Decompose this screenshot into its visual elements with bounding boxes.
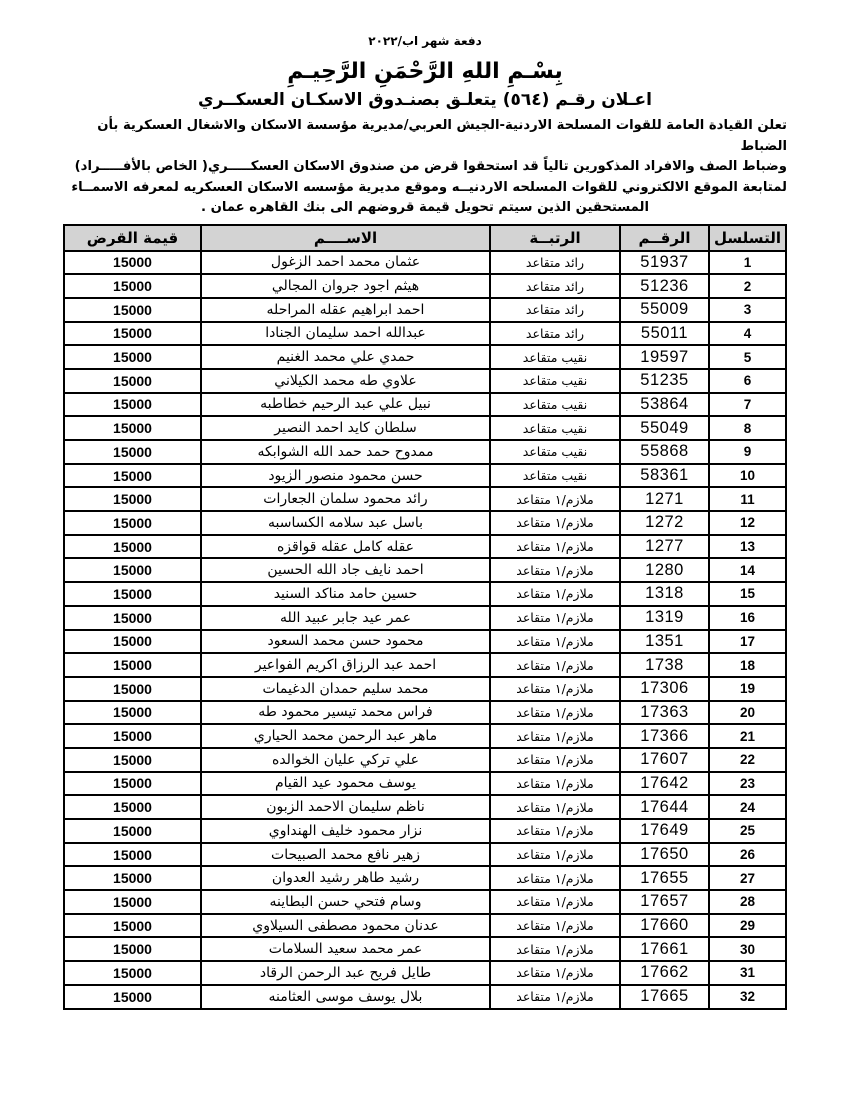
- number-cell: 51937: [620, 251, 709, 275]
- serial-cell: 14: [709, 558, 786, 582]
- serial-cell: 5: [709, 345, 786, 369]
- rank-cell: رائد متقاعد: [490, 251, 620, 275]
- rank-cell: ملازم/١ متقاعد: [490, 866, 620, 890]
- rank-cell: رائد متقاعد: [490, 322, 620, 346]
- number-cell: 58361: [620, 464, 709, 488]
- serial-cell: 6: [709, 369, 786, 393]
- serial-cell: 4: [709, 322, 786, 346]
- rank-cell: ملازم/١ متقاعد: [490, 961, 620, 985]
- serial-cell: 11: [709, 487, 786, 511]
- table-row: 151937رائد متقاعدعثمان محمد احمد الزغول1…: [64, 251, 786, 275]
- number-cell: 51236: [620, 274, 709, 298]
- rank-cell: نقيب متقاعد: [490, 369, 620, 393]
- name-cell: احمد ابراهيم عقله المراحله: [201, 298, 490, 322]
- table-row: 2117366ملازم/١ متقاعدماهر عبد الرحمن محم…: [64, 724, 786, 748]
- number-cell: 1277: [620, 535, 709, 559]
- number-cell: 55011: [620, 322, 709, 346]
- rank-cell: نقيب متقاعد: [490, 416, 620, 440]
- column-header-serial: التسلسل: [709, 225, 786, 251]
- serial-cell: 20: [709, 701, 786, 725]
- number-cell: 1351: [620, 630, 709, 654]
- name-cell: عقله كامل عقله قواقزه: [201, 535, 490, 559]
- name-cell: حسن محمود منصور الزيود: [201, 464, 490, 488]
- number-cell: 55868: [620, 440, 709, 464]
- loan-cell: 15000: [64, 843, 201, 867]
- rank-cell: ملازم/١ متقاعد: [490, 985, 620, 1009]
- paragraph-line-1: تعلن القيادة العامة للقوات المسلحة الارد…: [63, 116, 787, 157]
- serial-cell: 8: [709, 416, 786, 440]
- table-row: 171351ملازم/١ متقاعدمحمود حسن محمد السعو…: [64, 630, 786, 654]
- number-cell: 19597: [620, 345, 709, 369]
- rank-cell: رائد متقاعد: [490, 274, 620, 298]
- name-cell: محمود حسن محمد السعود: [201, 630, 490, 654]
- batch-label: دفعة شهر اب/٢٠٢٢: [0, 34, 850, 48]
- table-row: 151318ملازم/١ متقاعدحسين حامد مناكد السن…: [64, 582, 786, 606]
- name-cell: نزار محمود خليف الهنداوي: [201, 819, 490, 843]
- loan-cell: 15000: [64, 274, 201, 298]
- column-header-number: الرقــم: [620, 225, 709, 251]
- loan-cell: 15000: [64, 795, 201, 819]
- serial-cell: 1: [709, 251, 786, 275]
- number-cell: 17655: [620, 866, 709, 890]
- announcement-paragraph: تعلن القيادة العامة للقوات المسلحة الارد…: [63, 116, 787, 219]
- column-header-name: الاســــم: [201, 225, 490, 251]
- table-row: 753864نقيب متقاعدنبيل علي عبد الرحيم خطا…: [64, 393, 786, 417]
- number-cell: 55049: [620, 416, 709, 440]
- table-row: 651235نقيب متقاعدعلاوي طه محمد الكيلاني1…: [64, 369, 786, 393]
- loan-cell: 15000: [64, 606, 201, 630]
- name-cell: عدنان محمود مصطفى السيلاوي: [201, 914, 490, 938]
- table-row: 3017661ملازم/١ متقاعدعمر محمد سعيد السلا…: [64, 937, 786, 961]
- number-cell: 17662: [620, 961, 709, 985]
- serial-cell: 12: [709, 511, 786, 535]
- loan-cell: 15000: [64, 369, 201, 393]
- table-row: 131277ملازم/١ متقاعدعقله كامل عقله قواقز…: [64, 535, 786, 559]
- loan-cell: 15000: [64, 724, 201, 748]
- rank-cell: ملازم/١ متقاعد: [490, 724, 620, 748]
- name-cell: عبدالله احمد سليمان الجنادا: [201, 322, 490, 346]
- document-page: دفعة شهر اب/٢٠٢٢ بِسْـمِ اللهِ الرَّحْمَ…: [0, 0, 850, 1100]
- loan-cell: 15000: [64, 866, 201, 890]
- number-cell: 1280: [620, 558, 709, 582]
- table-row: 2317642ملازم/١ متقاعديوسف محمود عيد القي…: [64, 772, 786, 796]
- number-cell: 17650: [620, 843, 709, 867]
- loan-cell: 15000: [64, 890, 201, 914]
- rank-cell: ملازم/١ متقاعد: [490, 914, 620, 938]
- loan-cell: 15000: [64, 677, 201, 701]
- table-row: 2917660ملازم/١ متقاعدعدنان محمود مصطفى ا…: [64, 914, 786, 938]
- name-cell: رشيد طاهر رشيد العدوان: [201, 866, 490, 890]
- table-row: 111271ملازم/١ متقاعدرائد محمود سلمان الج…: [64, 487, 786, 511]
- loan-cell: 15000: [64, 558, 201, 582]
- rank-cell: ملازم/١ متقاعد: [490, 937, 620, 961]
- loan-cell: 15000: [64, 440, 201, 464]
- serial-cell: 28: [709, 890, 786, 914]
- name-cell: عثمان محمد احمد الزغول: [201, 251, 490, 275]
- name-cell: نبيل علي عبد الرحيم خطاطبه: [201, 393, 490, 417]
- table-row: 2517649ملازم/١ متقاعدنزار محمود خليف اله…: [64, 819, 786, 843]
- table-row: 3117662ملازم/١ متقاعدطايل فريح عبد الرحم…: [64, 961, 786, 985]
- paragraph-line-2: وضباط الصف والافراد المذكورين تالياً قد …: [63, 157, 787, 178]
- rank-cell: ملازم/١ متقاعد: [490, 630, 620, 654]
- name-cell: عمر محمد سعيد السلامات: [201, 937, 490, 961]
- number-cell: 1271: [620, 487, 709, 511]
- number-cell: 17665: [620, 985, 709, 1009]
- rank-cell: ملازم/١ متقاعد: [490, 795, 620, 819]
- loan-cell: 15000: [64, 511, 201, 535]
- loan-cell: 15000: [64, 772, 201, 796]
- loan-cell: 15000: [64, 701, 201, 725]
- table-row: 2717655ملازم/١ متقاعدرشيد طاهر رشيد العد…: [64, 866, 786, 890]
- serial-cell: 24: [709, 795, 786, 819]
- rank-cell: ملازم/١ متقاعد: [490, 772, 620, 796]
- loan-cell: 15000: [64, 535, 201, 559]
- loan-cell: 15000: [64, 653, 201, 677]
- table-row: 181738ملازم/١ متقاعداحمد عبد الرزاق اكري…: [64, 653, 786, 677]
- serial-cell: 2: [709, 274, 786, 298]
- serial-cell: 26: [709, 843, 786, 867]
- serial-cell: 3: [709, 298, 786, 322]
- rank-cell: نقيب متقاعد: [490, 393, 620, 417]
- rank-cell: ملازم/١ متقاعد: [490, 487, 620, 511]
- number-cell: 1272: [620, 511, 709, 535]
- name-cell: حسين حامد مناكد السنيد: [201, 582, 490, 606]
- table-row: 2017363ملازم/١ متقاعدفراس محمد تيسير محم…: [64, 701, 786, 725]
- name-cell: ناظم سليمان الاحمد الزبون: [201, 795, 490, 819]
- loan-cell: 15000: [64, 630, 201, 654]
- rank-cell: ملازم/١ متقاعد: [490, 890, 620, 914]
- table-row: 2217607ملازم/١ متقاعدعلي تركي عليان الخو…: [64, 748, 786, 772]
- serial-cell: 21: [709, 724, 786, 748]
- number-cell: 51235: [620, 369, 709, 393]
- serial-cell: 23: [709, 772, 786, 796]
- name-cell: محمد سليم حمدان الدغيمات: [201, 677, 490, 701]
- rank-cell: ملازم/١ متقاعد: [490, 558, 620, 582]
- serial-cell: 13: [709, 535, 786, 559]
- loan-cell: 15000: [64, 298, 201, 322]
- rank-cell: نقيب متقاعد: [490, 345, 620, 369]
- rank-cell: ملازم/١ متقاعد: [490, 535, 620, 559]
- number-cell: 17649: [620, 819, 709, 843]
- loan-cell: 15000: [64, 464, 201, 488]
- name-cell: علي تركي عليان الخوالده: [201, 748, 490, 772]
- loan-cell: 15000: [64, 487, 201, 511]
- table-row: 121272ملازم/١ متقاعدباسل عبد سلامه الكسا…: [64, 511, 786, 535]
- rank-cell: رائد متقاعد: [490, 298, 620, 322]
- rank-cell: ملازم/١ متقاعد: [490, 748, 620, 772]
- loan-cell: 15000: [64, 582, 201, 606]
- serial-cell: 32: [709, 985, 786, 1009]
- serial-cell: 9: [709, 440, 786, 464]
- rank-cell: ملازم/١ متقاعد: [490, 819, 620, 843]
- loan-cell: 15000: [64, 345, 201, 369]
- name-cell: فراس محمد تيسير محمود طه: [201, 701, 490, 725]
- rank-cell: ملازم/١ متقاعد: [490, 582, 620, 606]
- serial-cell: 10: [709, 464, 786, 488]
- serial-cell: 7: [709, 393, 786, 417]
- serial-cell: 19: [709, 677, 786, 701]
- rank-cell: ملازم/١ متقاعد: [490, 843, 620, 867]
- serial-cell: 31: [709, 961, 786, 985]
- name-cell: عمر عيد جابر عبيد الله: [201, 606, 490, 630]
- table-row: 2617650ملازم/١ متقاعدزهير نافع محمد الصب…: [64, 843, 786, 867]
- name-cell: حمدي علي محمد الغنيم: [201, 345, 490, 369]
- name-cell: ممدوح حمد حمد الله الشوابكه: [201, 440, 490, 464]
- table-row: 1058361نقيب متقاعدحسن محمود منصور الزيود…: [64, 464, 786, 488]
- basmala-text: بِسْـمِ اللهِ الرَّحْمَنِ الرَّحِيـمِ: [0, 58, 850, 86]
- number-cell: 17607: [620, 748, 709, 772]
- announcement-title: اعـلان رقـم (٥٦٤) يتعلـق بصنـدوق الاسكـا…: [0, 88, 850, 112]
- serial-cell: 30: [709, 937, 786, 961]
- number-cell: 17306: [620, 677, 709, 701]
- serial-cell: 27: [709, 866, 786, 890]
- table-row: 251236رائد متقاعدهيثم اجود جروان المجالي…: [64, 274, 786, 298]
- table-row: 161319ملازم/١ متقاعدعمر عيد جابر عبيد ال…: [64, 606, 786, 630]
- table-body: 151937رائد متقاعدعثمان محمد احمد الزغول1…: [64, 251, 786, 1009]
- table-row: 2817657ملازم/١ متقاعدوسام فتحي حسن البطا…: [64, 890, 786, 914]
- loan-cell: 15000: [64, 322, 201, 346]
- name-cell: سلطان كايد احمد النصير: [201, 416, 490, 440]
- rank-cell: نقيب متقاعد: [490, 464, 620, 488]
- number-cell: 17363: [620, 701, 709, 725]
- number-cell: 17642: [620, 772, 709, 796]
- name-cell: هيثم اجود جروان المجالي: [201, 274, 490, 298]
- loan-cell: 15000: [64, 937, 201, 961]
- number-cell: 17660: [620, 914, 709, 938]
- table-row: 519597نقيب متقاعدحمدي علي محمد الغنيم150…: [64, 345, 786, 369]
- table-row: 855049نقيب متقاعدسلطان كايد احمد النصير1…: [64, 416, 786, 440]
- number-cell: 17644: [620, 795, 709, 819]
- number-cell: 1318: [620, 582, 709, 606]
- name-cell: يوسف محمود عيد القيام: [201, 772, 490, 796]
- rank-cell: ملازم/١ متقاعد: [490, 653, 620, 677]
- serial-cell: 18: [709, 653, 786, 677]
- serial-cell: 29: [709, 914, 786, 938]
- paragraph-line-3: لمتابعة الموقع الالكتروني للقوات المسلحه…: [63, 178, 787, 199]
- paragraph-line-4: المستحقين الذين سيتم تحويل قيمة قروضهم ا…: [63, 198, 787, 219]
- rank-cell: ملازم/١ متقاعد: [490, 511, 620, 535]
- loan-cell: 15000: [64, 914, 201, 938]
- number-cell: 1738: [620, 653, 709, 677]
- table-row: 3217665ملازم/١ متقاعدبلال يوسف موسى العث…: [64, 985, 786, 1009]
- loan-cell: 15000: [64, 985, 201, 1009]
- loan-cell: 15000: [64, 251, 201, 275]
- table-row: 1917306ملازم/١ متقاعدمحمد سليم حمدان الد…: [64, 677, 786, 701]
- name-cell: احمد عبد الرزاق اكريم الفواعير: [201, 653, 490, 677]
- loan-cell: 15000: [64, 819, 201, 843]
- table-row: 355009رائد متقاعداحمد ابراهيم عقله المرا…: [64, 298, 786, 322]
- rank-cell: نقيب متقاعد: [490, 440, 620, 464]
- name-cell: وسام فتحي حسن البطاينه: [201, 890, 490, 914]
- rank-cell: ملازم/١ متقاعد: [490, 606, 620, 630]
- name-cell: زهير نافع محمد الصبيحات: [201, 843, 490, 867]
- name-cell: باسل عبد سلامه الكساسبه: [201, 511, 490, 535]
- table-row: 2417644ملازم/١ متقاعدناظم سليمان الاحمد …: [64, 795, 786, 819]
- serial-cell: 17: [709, 630, 786, 654]
- rank-cell: ملازم/١ متقاعد: [490, 701, 620, 725]
- loan-cell: 15000: [64, 416, 201, 440]
- table-header-row: التسلسل الرقــم الرتبــة الاســــم قيمة …: [64, 225, 786, 251]
- name-cell: رائد محمود سلمان الجعارات: [201, 487, 490, 511]
- number-cell: 53864: [620, 393, 709, 417]
- serial-cell: 15: [709, 582, 786, 606]
- table-row: 455011رائد متقاعدعبدالله احمد سليمان الج…: [64, 322, 786, 346]
- rank-cell: ملازم/١ متقاعد: [490, 677, 620, 701]
- loan-cell: 15000: [64, 961, 201, 985]
- loan-table: التسلسل الرقــم الرتبــة الاســــم قيمة …: [63, 224, 787, 1010]
- name-cell: طايل فريح عبد الرحمن الرقاد: [201, 961, 490, 985]
- name-cell: احمد نايف جاد الله الحسين: [201, 558, 490, 582]
- loan-cell: 15000: [64, 748, 201, 772]
- number-cell: 17366: [620, 724, 709, 748]
- loan-cell: 15000: [64, 393, 201, 417]
- number-cell: 17661: [620, 937, 709, 961]
- serial-cell: 25: [709, 819, 786, 843]
- column-header-rank: الرتبــة: [490, 225, 620, 251]
- name-cell: ماهر عبد الرحمن محمد الحياري: [201, 724, 490, 748]
- table-row: 141280ملازم/١ متقاعداحمد نايف جاد الله ا…: [64, 558, 786, 582]
- name-cell: علاوي طه محمد الكيلاني: [201, 369, 490, 393]
- name-cell: بلال يوسف موسى العثامنه: [201, 985, 490, 1009]
- serial-cell: 16: [709, 606, 786, 630]
- number-cell: 1319: [620, 606, 709, 630]
- column-header-loan: قيمة القرض: [64, 225, 201, 251]
- serial-cell: 22: [709, 748, 786, 772]
- table-row: 955868نقيب متقاعدممدوح حمد حمد الله الشو…: [64, 440, 786, 464]
- number-cell: 55009: [620, 298, 709, 322]
- number-cell: 17657: [620, 890, 709, 914]
